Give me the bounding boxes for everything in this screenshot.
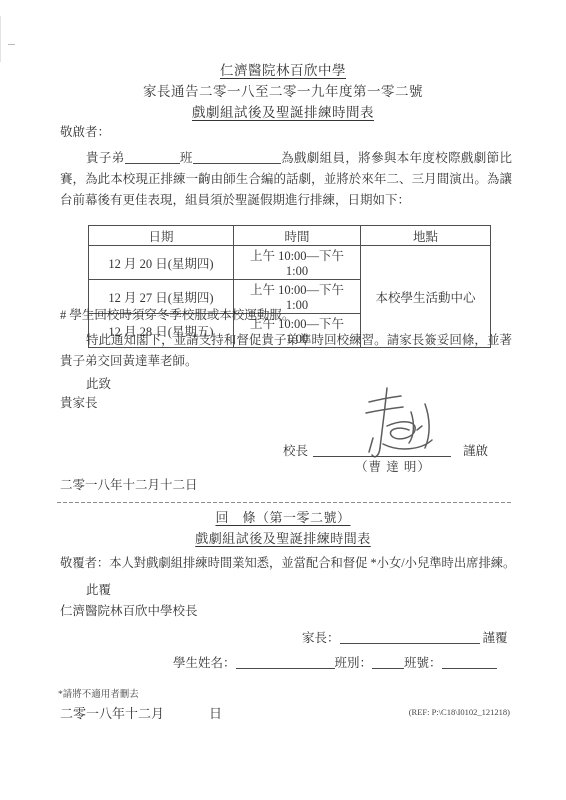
bottom-row: 二零一八年十二月日 (REF: P:\C18\I0102_121218) (60, 703, 510, 722)
tear-line-divider (57, 502, 512, 503)
header-time: 時間 (234, 226, 361, 246)
letter-date: 二零一八年十二月十二日 (60, 475, 198, 493)
reply-recipient: 仁濟醫院林百欣中學校長 (60, 601, 198, 622)
signature-closing: 謹啟 (463, 444, 488, 458)
reply-slip-header: 回 條（第一零二號） 戲劇組試後及聖誕排練時間表 (0, 507, 566, 549)
table-header-row: 日期 時間 地點 (89, 226, 491, 246)
date-cell: 12 月 20 日(星期四) (89, 246, 234, 280)
time-cell: 上午 10:00—下午 1:00 (234, 246, 361, 280)
delete-inapplicable-footnote: *請將不適用者刪去 (58, 686, 139, 700)
student-class-blank (193, 150, 281, 164)
header-date: 日期 (89, 226, 234, 246)
notice-number-line: 家長通告二零一八至二零一九年度第一零二號 (0, 81, 566, 102)
notice-subject: 戲劇組試後及聖誕排練時間表 (0, 102, 566, 123)
header-venue: 地點 (361, 226, 491, 246)
reply-body: 敬覆者：本人對戲劇組排練時間業知悉，並當配合和督促 *小女/小兒準時出席排練。 (60, 553, 515, 571)
letter-closing: 此致 貴家長 (60, 375, 111, 413)
parent-closing: 謹覆 (483, 631, 508, 645)
parent-signature-row: 家長：謹覆 (302, 628, 508, 646)
reply-date-prefix: 二零一八年十二月 (60, 706, 164, 721)
student-name-blank (125, 150, 180, 164)
document-page: 仁濟醫院林百欣中學 家長通告二零一八至二零一九年度第一零二號 戲劇組試後及聖誕排… (0, 0, 566, 800)
principal-title: 校長 (283, 444, 308, 458)
reply-date-line: 二零一八年十二月日 (60, 703, 222, 722)
parent-signature-blank (340, 630, 480, 644)
reply-closing: 此覆 仁濟醫院林百欣中學校長 (60, 580, 198, 622)
scan-artifact-edge (0, 16, 1, 62)
closing-recipient: 貴家長 (60, 394, 111, 413)
parent-label: 家長： (302, 631, 340, 645)
reply-closing-phrase: 此覆 (60, 580, 198, 601)
class-field-blank (372, 655, 404, 669)
signature-line (313, 443, 451, 457)
class-label: 班別： (335, 656, 373, 670)
reply-subject: 戲劇組試後及聖誕排練時間表 (0, 528, 566, 549)
principal-name: （曹 達 明） (347, 457, 439, 475)
instruction-paragraph: 特此通知閣下，並請支持和督促貴子弟準時回校練習。請家長簽妥回條，並著貴子弟交回黃… (60, 330, 512, 372)
notice-header: 仁濟醫院林百欣中學 家長通告二零一八至二零一九年度第一零二號 戲劇組試後及聖誕排… (0, 60, 566, 123)
salutation: 敬啟者： (60, 122, 110, 140)
reply-title: 回 條（第一零二號） (0, 507, 566, 528)
scan-artifact-dash (8, 44, 15, 45)
class-suffix: 班 (180, 151, 193, 165)
student-name-field-blank (236, 655, 335, 669)
intro-paragraph: 貴子弟班為戲劇組員，將參與本年度校際戲劇節比賽，為此本校現正排練一齣由師生合編的… (60, 148, 512, 211)
school-name: 仁濟醫院林百欣中學 (0, 60, 566, 81)
class-number-field-blank (442, 655, 497, 669)
intro-lead: 貴子弟 (86, 151, 125, 165)
class-number-label: 班號： (404, 656, 442, 670)
closing-phrase: 此致 (60, 375, 111, 394)
reference-number: (REF: P:\C18\I0102_121218) (409, 707, 510, 717)
uniform-note: # 學生回校時須穿冬季校服或本校運動服。 (60, 305, 294, 323)
student-info-row: 學生姓名：班別：班號： (173, 653, 497, 671)
table-row: 12 月 20 日(星期四) 上午 10:00—下午 1:00 本校學生活動中心 (89, 246, 491, 280)
student-name-label: 學生姓名： (173, 656, 236, 670)
reply-date-day-suffix: 日 (209, 706, 222, 721)
